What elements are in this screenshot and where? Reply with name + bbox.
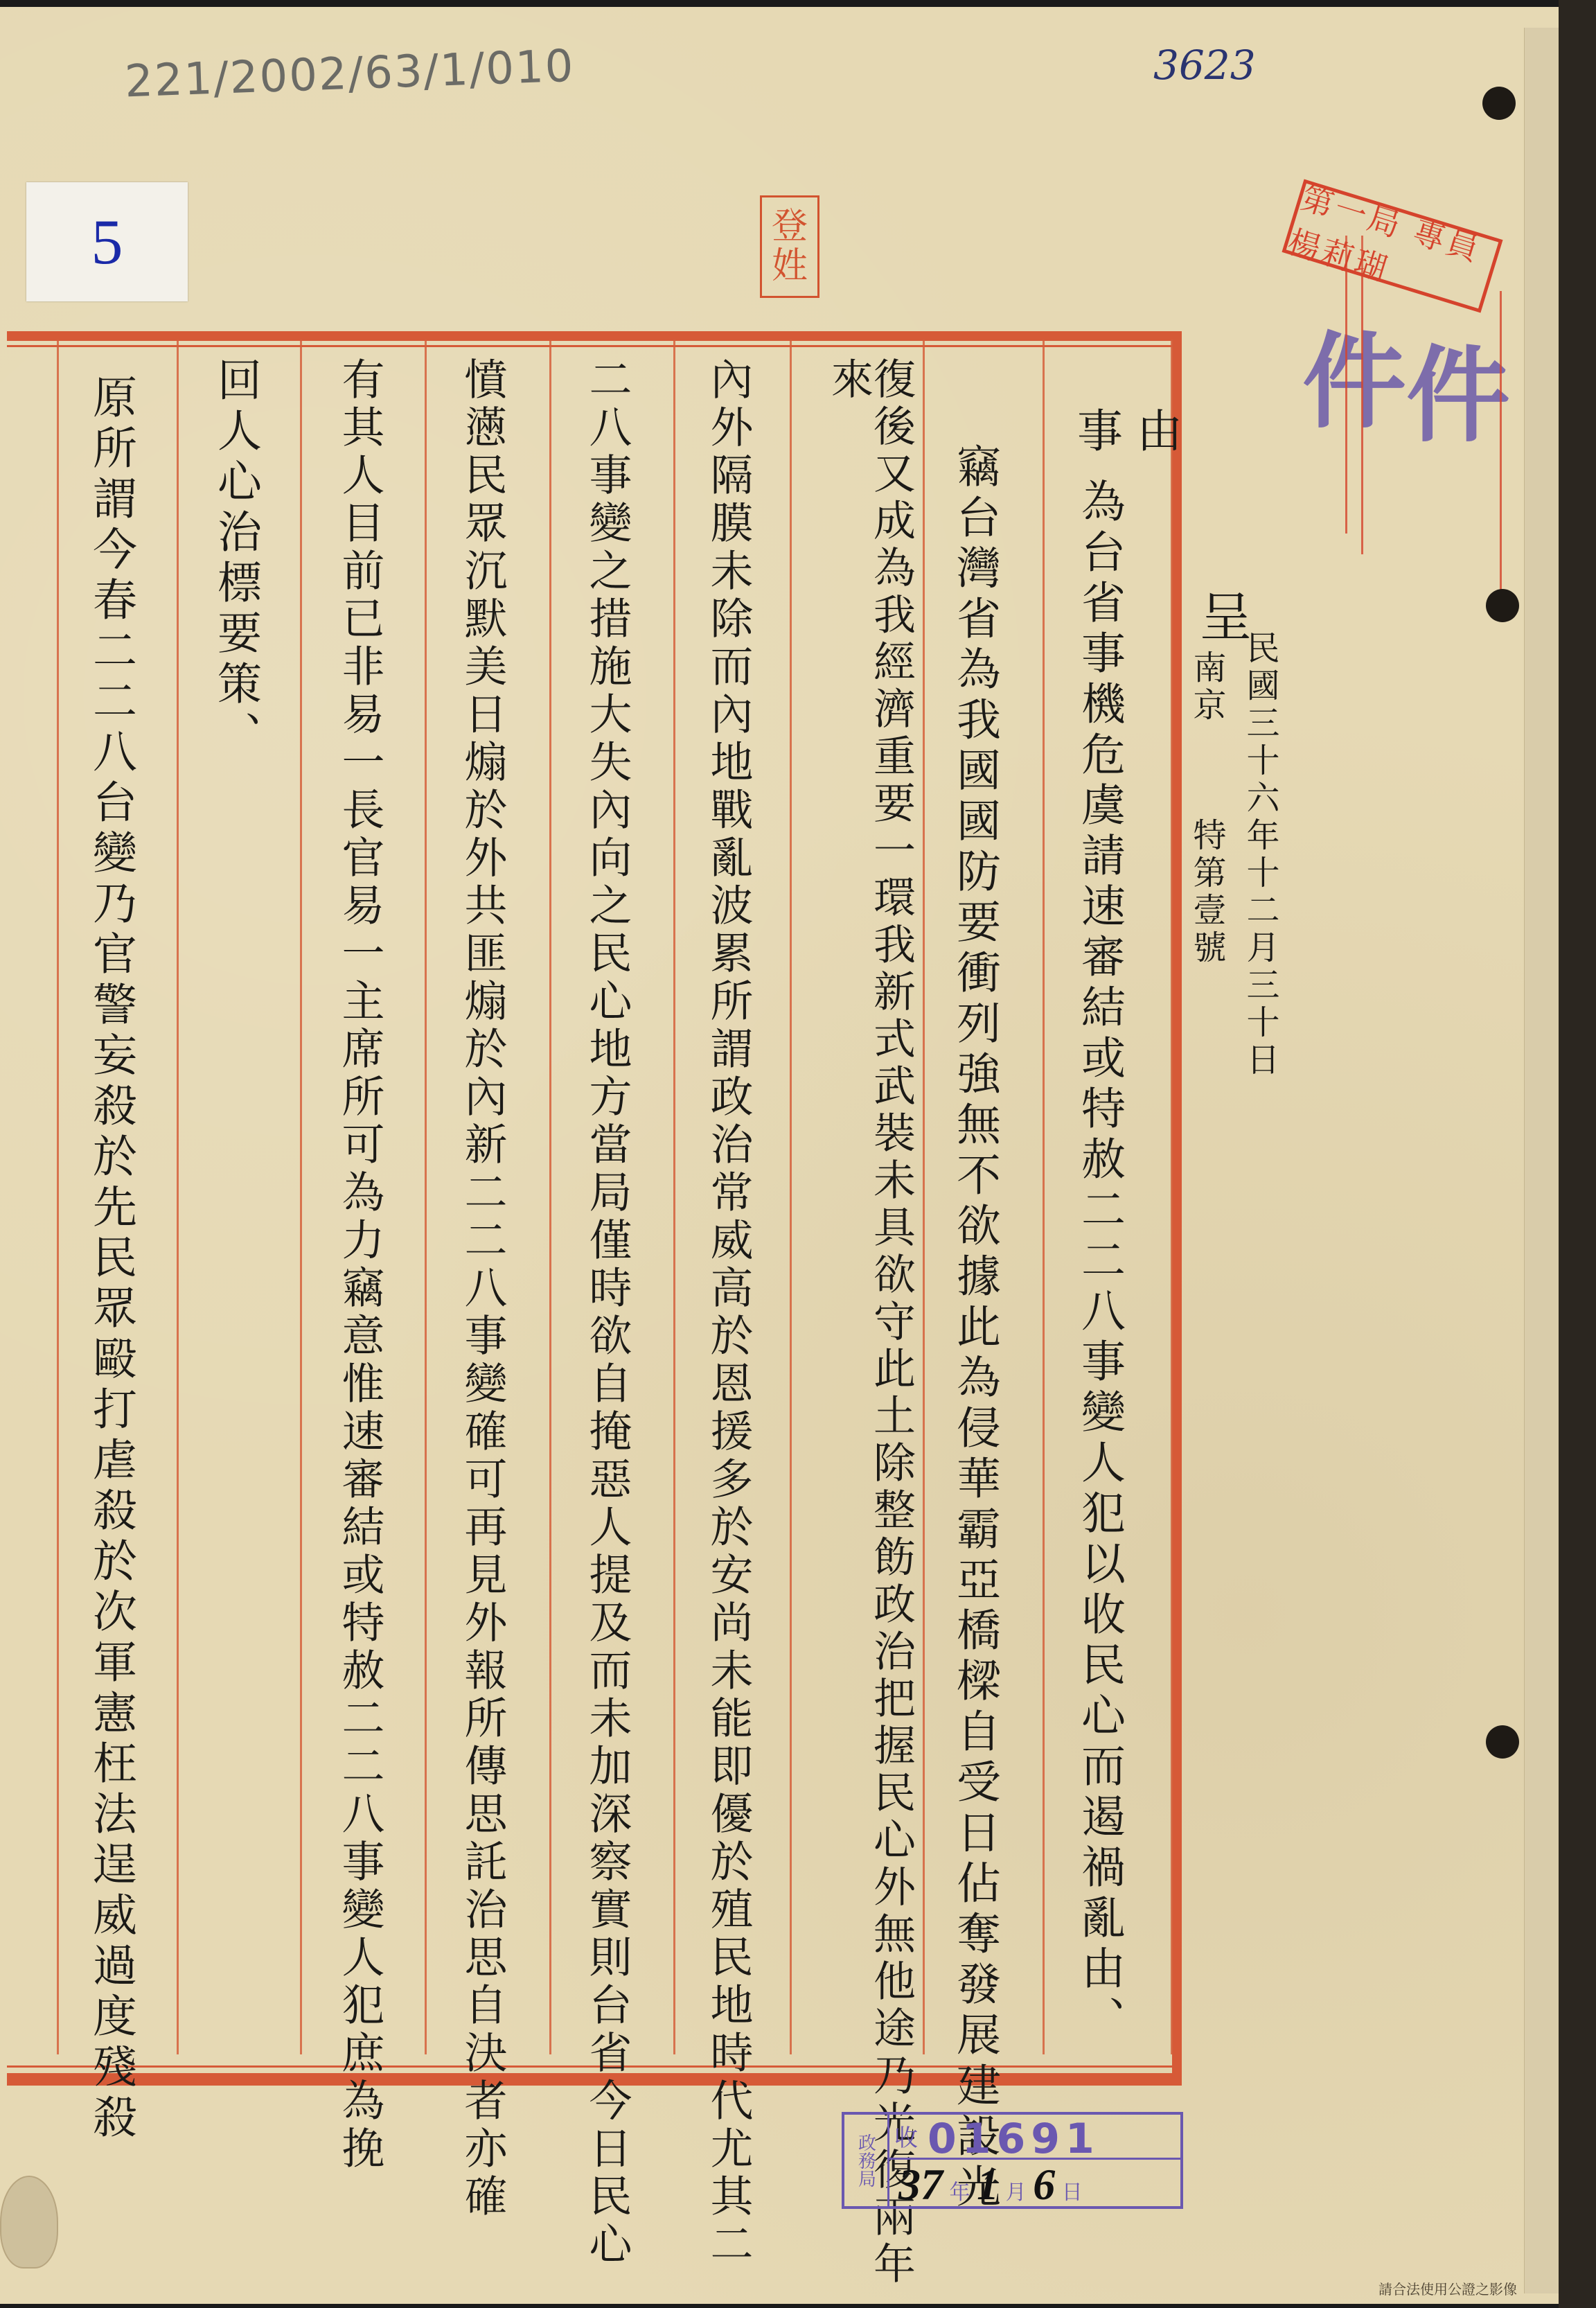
receipt-number: 01691 bbox=[928, 2115, 1100, 2163]
registration-seal: 登 姓 bbox=[760, 195, 819, 298]
body-column-8: 回人心治標要策、 bbox=[213, 357, 258, 761]
document-page: 221/2002/63/1/010 3623 5 登 姓 件 件 第一局 專員 … bbox=[0, 7, 1559, 2304]
body-column-3: 復後又成為我經濟重要一環我新式武裝未具欲守此土除整飭政治把握民心外無他途乃光復兩… bbox=[828, 357, 912, 2304]
document-place: 南京 bbox=[1190, 650, 1223, 725]
receipt-day: 6 bbox=[1033, 2160, 1055, 2209]
receipt-stamp: 政務局 收 01691 37 年 1 月 6 日 bbox=[842, 2112, 1183, 2209]
red-pencil-mark bbox=[1345, 236, 1347, 534]
subject-label: 事由 bbox=[1077, 409, 1196, 455]
receipt-month: 1 bbox=[977, 2160, 999, 2209]
archive-number: 221/2002/63/1/010 bbox=[124, 41, 576, 108]
body-column-2: 竊台灣省為我國國防要衝列強無不欲據此為侵華霸亞橋樑自受日佔奪發展建設光 bbox=[952, 443, 997, 2214]
seal-char: 姓 bbox=[772, 247, 808, 286]
body-column-9: 原所謂今春二二八台變乃官警妄殺於先民眾毆打虐殺於次軍憲枉法逞威過度殘殺 bbox=[89, 374, 133, 2144]
document-number: 特第壹號 bbox=[1190, 818, 1223, 967]
page-number: 5 bbox=[91, 205, 123, 279]
purple-stamp-char: 件 bbox=[1406, 312, 1510, 461]
document-date: 民國三十六年十二月三十日 bbox=[1243, 631, 1277, 1080]
submitted-label: 呈 bbox=[1195, 589, 1248, 648]
official-name-stamp: 第一局 專員 楊莉瑚 bbox=[1282, 179, 1502, 313]
binding-hole bbox=[1486, 1725, 1519, 1759]
archive-logo-icon bbox=[0, 2176, 58, 2269]
receipt-office: 政務局 bbox=[844, 2115, 889, 2206]
page-tag: 5 bbox=[26, 182, 188, 301]
column-rule bbox=[790, 340, 792, 2054]
year-unit: 年 bbox=[950, 2181, 970, 2205]
column-rule bbox=[923, 340, 925, 2054]
column-rule bbox=[1043, 340, 1045, 2054]
column-rule bbox=[300, 340, 302, 2054]
page-edge bbox=[1524, 28, 1559, 2293]
column-rule bbox=[425, 340, 427, 2054]
body-column-5: 二八事變之措施大失內向之民心地方當局僅時欲自掩惡人提及而未加深察實則台省今日民心 bbox=[585, 357, 628, 2269]
footer-note: 請合法使用公證之影像 bbox=[1378, 2278, 1517, 2298]
receipt-date: 37 年 1 月 6 日 bbox=[898, 2159, 1083, 2210]
body-column-4: 內外隔膜未除而內地戰亂波累所謂政治常威高於恩援多於安尚未能即優於殖民地時代尤其二 bbox=[707, 357, 750, 2269]
binding-hole bbox=[1486, 589, 1519, 622]
column-rule bbox=[549, 340, 551, 2054]
binding-hole bbox=[1482, 87, 1516, 120]
receipt-year: 37 bbox=[898, 2160, 943, 2209]
serial-number: 3623 bbox=[1153, 42, 1256, 89]
column-rule bbox=[177, 340, 179, 2054]
day-unit: 日 bbox=[1062, 2181, 1083, 2205]
column-rule bbox=[673, 340, 675, 2054]
month-unit: 月 bbox=[1006, 2181, 1027, 2205]
red-pencil-mark bbox=[1500, 291, 1502, 596]
seal-char: 登 bbox=[772, 207, 808, 247]
body-column-7: 有其人目前已非易一長官易一主席所可為力竊意惟速審結或特赦二二八事變人犯庶為挽 bbox=[338, 357, 381, 2174]
scan-border bbox=[1559, 0, 1596, 2308]
purple-stamp-char: 件 bbox=[1302, 298, 1406, 448]
receipt-label: 收 bbox=[894, 2119, 918, 2153]
body-column-1: 為台省事機危虞請速審結或特赦二二八事變人犯以收民心而遏禍亂由、 bbox=[1077, 478, 1121, 2046]
column-rule bbox=[1171, 340, 1173, 2054]
column-rule bbox=[57, 340, 59, 2054]
body-column-6: 憤懣民眾沉默美日煽於外共匪煽於內新二二八事變確可再見外報所傳思託治思自決者亦確 bbox=[461, 357, 504, 2221]
